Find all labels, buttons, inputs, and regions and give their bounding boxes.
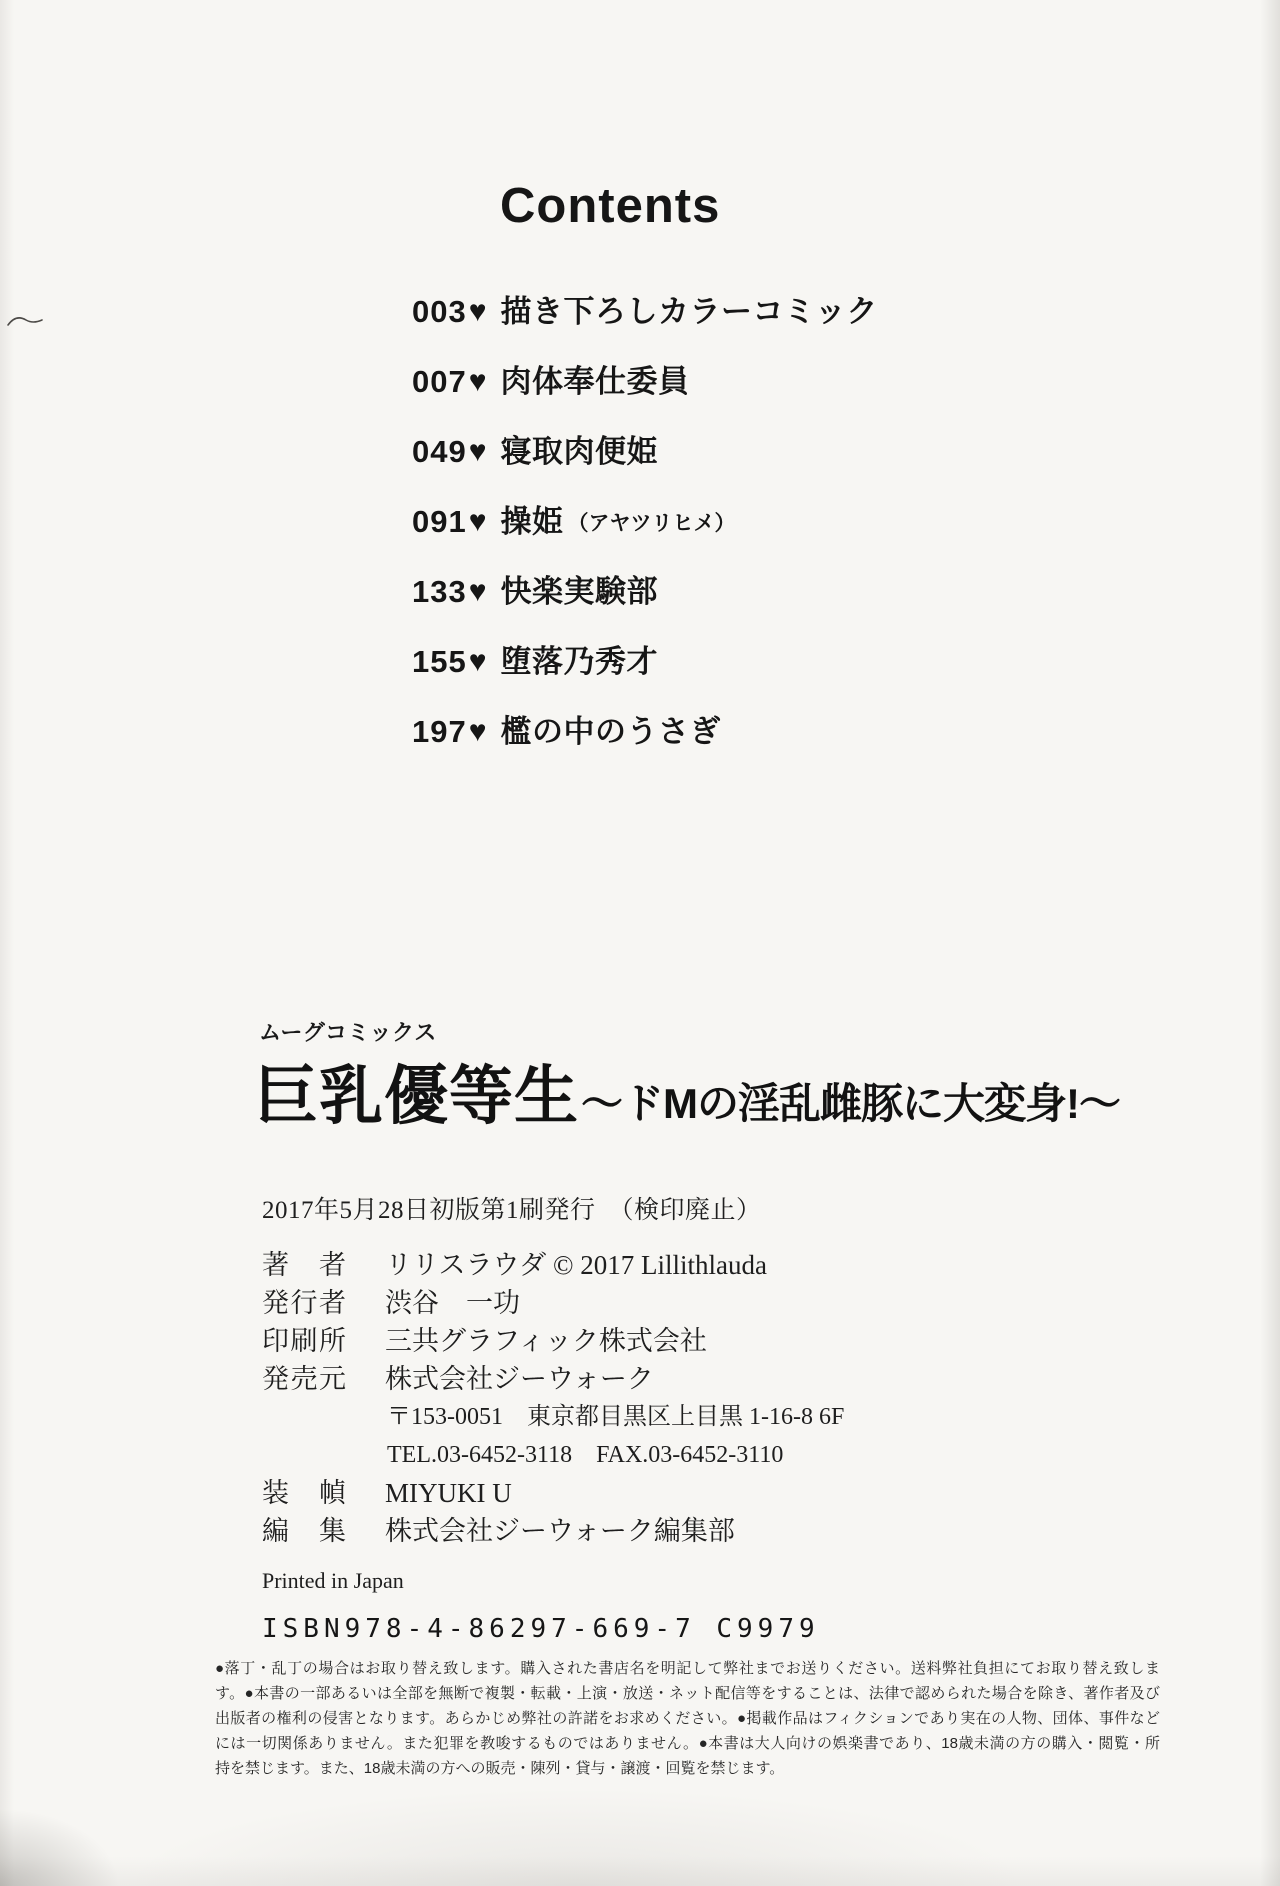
- colophon-row-distributor: 発売元 株式会社ジーウォーク: [262, 1360, 1022, 1398]
- toc-chapter-title: 寝取肉便姫: [501, 436, 659, 468]
- heart-icon: ♥: [469, 366, 487, 398]
- toc-chapter-title: 肉体奉仕委員: [501, 366, 690, 398]
- toc-page-number: 049: [412, 436, 467, 468]
- colophon-value: リリスラウダ © 2017 Lillithlauda: [385, 1246, 767, 1284]
- toc-item: 133♥ 快楽実験部: [412, 576, 878, 608]
- heart-icon: ♥: [469, 296, 487, 328]
- table-of-contents: 003♥ 描き下ろしカラーコミック 007♥ 肉体奉仕委員 049♥ 寝取肉便姫…: [412, 296, 878, 748]
- legal-line: 持を禁じます。また、18歳未満の方への販売・陳列・貸与・譲渡・回覧を禁じます。: [215, 1756, 1160, 1781]
- legal-line: ●落丁・乱丁の場合はお取り替え致します。購入された書店名を明記して弊社までお送り…: [215, 1656, 1160, 1681]
- colophon-label-empty: [262, 1398, 346, 1436]
- colophon-value: 渋谷 一功: [385, 1284, 520, 1322]
- heart-icon: ♥: [469, 506, 487, 538]
- distributor-phone: TEL.03-6452-3118 FAX.03-6452-3110: [387, 1436, 783, 1474]
- colophon-row-design: 装 幀 MIYUKI U: [262, 1474, 1022, 1512]
- toc-page-number: 007: [412, 366, 467, 398]
- colophon-value: 株式会社ジーウォーク: [385, 1360, 654, 1398]
- toc-item: 007♥ 肉体奉仕委員: [412, 366, 878, 398]
- heart-icon: ♥: [469, 646, 487, 678]
- toc-chapter-title: 檻の中のうさぎ: [501, 716, 722, 748]
- toc-chapter-reading: （アヤツリヒメ）: [568, 510, 736, 538]
- colophon-row-phone: TEL.03-6452-3118 FAX.03-6452-3110: [262, 1436, 1022, 1474]
- colophon-row-publisher-person: 発行者 渋谷 一功: [262, 1284, 1022, 1322]
- colophon-label: 装 幀: [262, 1474, 346, 1512]
- toc-page-number: 133: [412, 576, 467, 608]
- colophon-label-empty: [262, 1436, 346, 1474]
- legal-notice: ●落丁・乱丁の場合はお取り替え致します。購入された書店名を明記して弊社までお送り…: [215, 1656, 1160, 1781]
- toc-item: 091♥ 操姫 （アヤツリヒメ）: [412, 506, 878, 538]
- colophon-label: 発売元: [262, 1360, 346, 1398]
- colophon-row-author: 著 者 リリスラウダ © 2017 Lillithlauda: [262, 1246, 1022, 1284]
- colophon: 2017年5月28日初版第1刷発行 （検印廃止） 著 者 リリスラウダ © 20…: [262, 1192, 1022, 1644]
- legal-line: 出版者の権利の侵害となります。あらかじめ弊社の許諾をお求めください。●掲載作品は…: [215, 1706, 1160, 1731]
- contents-heading: Contents: [500, 178, 720, 234]
- colophon-value: 三共グラフィック株式会社: [385, 1322, 707, 1360]
- toc-item: 197♥ 檻の中のうさぎ: [412, 716, 878, 748]
- book-title: 巨乳優等生 ～ドMの淫乱雌豚に大変身!～: [254, 1058, 1120, 1134]
- scanned-book-page: Contents 003♥ 描き下ろしカラーコミック 007♥ 肉体奉仕委員 0…: [0, 0, 1280, 1886]
- legal-line: には一切関係ありません。また犯罪を教唆するものではありません。●本書は大人向けの…: [215, 1731, 1160, 1756]
- colophon-row-editing: 編 集 株式会社ジーウォーク編集部: [262, 1512, 1022, 1550]
- isbn-code: ISBN978-4-86297-669-7 C9979: [262, 1614, 1022, 1644]
- toc-item: 155♥ 堕落乃秀才: [412, 646, 878, 678]
- printed-in-label: Printed in Japan: [262, 1562, 1022, 1600]
- toc-item: 049♥ 寝取肉便姫: [412, 436, 878, 468]
- toc-item: 003♥ 描き下ろしカラーコミック: [412, 296, 878, 328]
- toc-page-number: 003: [412, 296, 467, 328]
- colophon-row-address: 〒153-0051 東京都目黒区上目黒 1-16-8 6F: [262, 1398, 1022, 1436]
- toc-chapter-title: 快楽実験部: [501, 576, 659, 608]
- legal-line: す。●本書の一部あるいは全部を無断で複製・転載・上演・放送・ネット配信等をするこ…: [215, 1681, 1160, 1706]
- distributor-address: 〒153-0051 東京都目黒区上目黒 1-16-8 6F: [387, 1398, 844, 1436]
- colophon-row-printer: 印刷所 三共グラフィック株式会社: [262, 1322, 1022, 1360]
- toc-chapter-title: 堕落乃秀才: [501, 646, 659, 678]
- colophon-value: MIYUKI U: [385, 1474, 512, 1512]
- colophon-label: 著 者: [262, 1246, 346, 1284]
- toc-page-number: 197: [412, 716, 467, 748]
- imprint-label: ムーグコミックス: [259, 1016, 437, 1047]
- edition-line: 2017年5月28日初版第1刷発行 （検印廃止）: [262, 1192, 1022, 1230]
- heart-icon: ♥: [469, 436, 487, 468]
- colophon-label: 印刷所: [262, 1322, 346, 1360]
- scan-artifact-mark: [6, 310, 46, 334]
- colophon-label: 編 集: [262, 1512, 346, 1550]
- toc-page-number: 155: [412, 646, 467, 678]
- toc-chapter-title: 描き下ろしカラーコミック: [501, 296, 878, 328]
- toc-chapter-title: 操姫: [501, 506, 564, 538]
- colophon-value: 株式会社ジーウォーク編集部: [385, 1512, 735, 1550]
- heart-icon: ♥: [469, 576, 487, 608]
- book-title-subtitle: ～ドMの淫乱雌豚に大変身!～: [581, 1077, 1120, 1131]
- toc-page-number: 091: [412, 506, 467, 538]
- book-title-main: 巨乳優等生: [254, 1058, 579, 1134]
- heart-icon: ♥: [469, 716, 487, 748]
- colophon-label: 発行者: [262, 1284, 346, 1322]
